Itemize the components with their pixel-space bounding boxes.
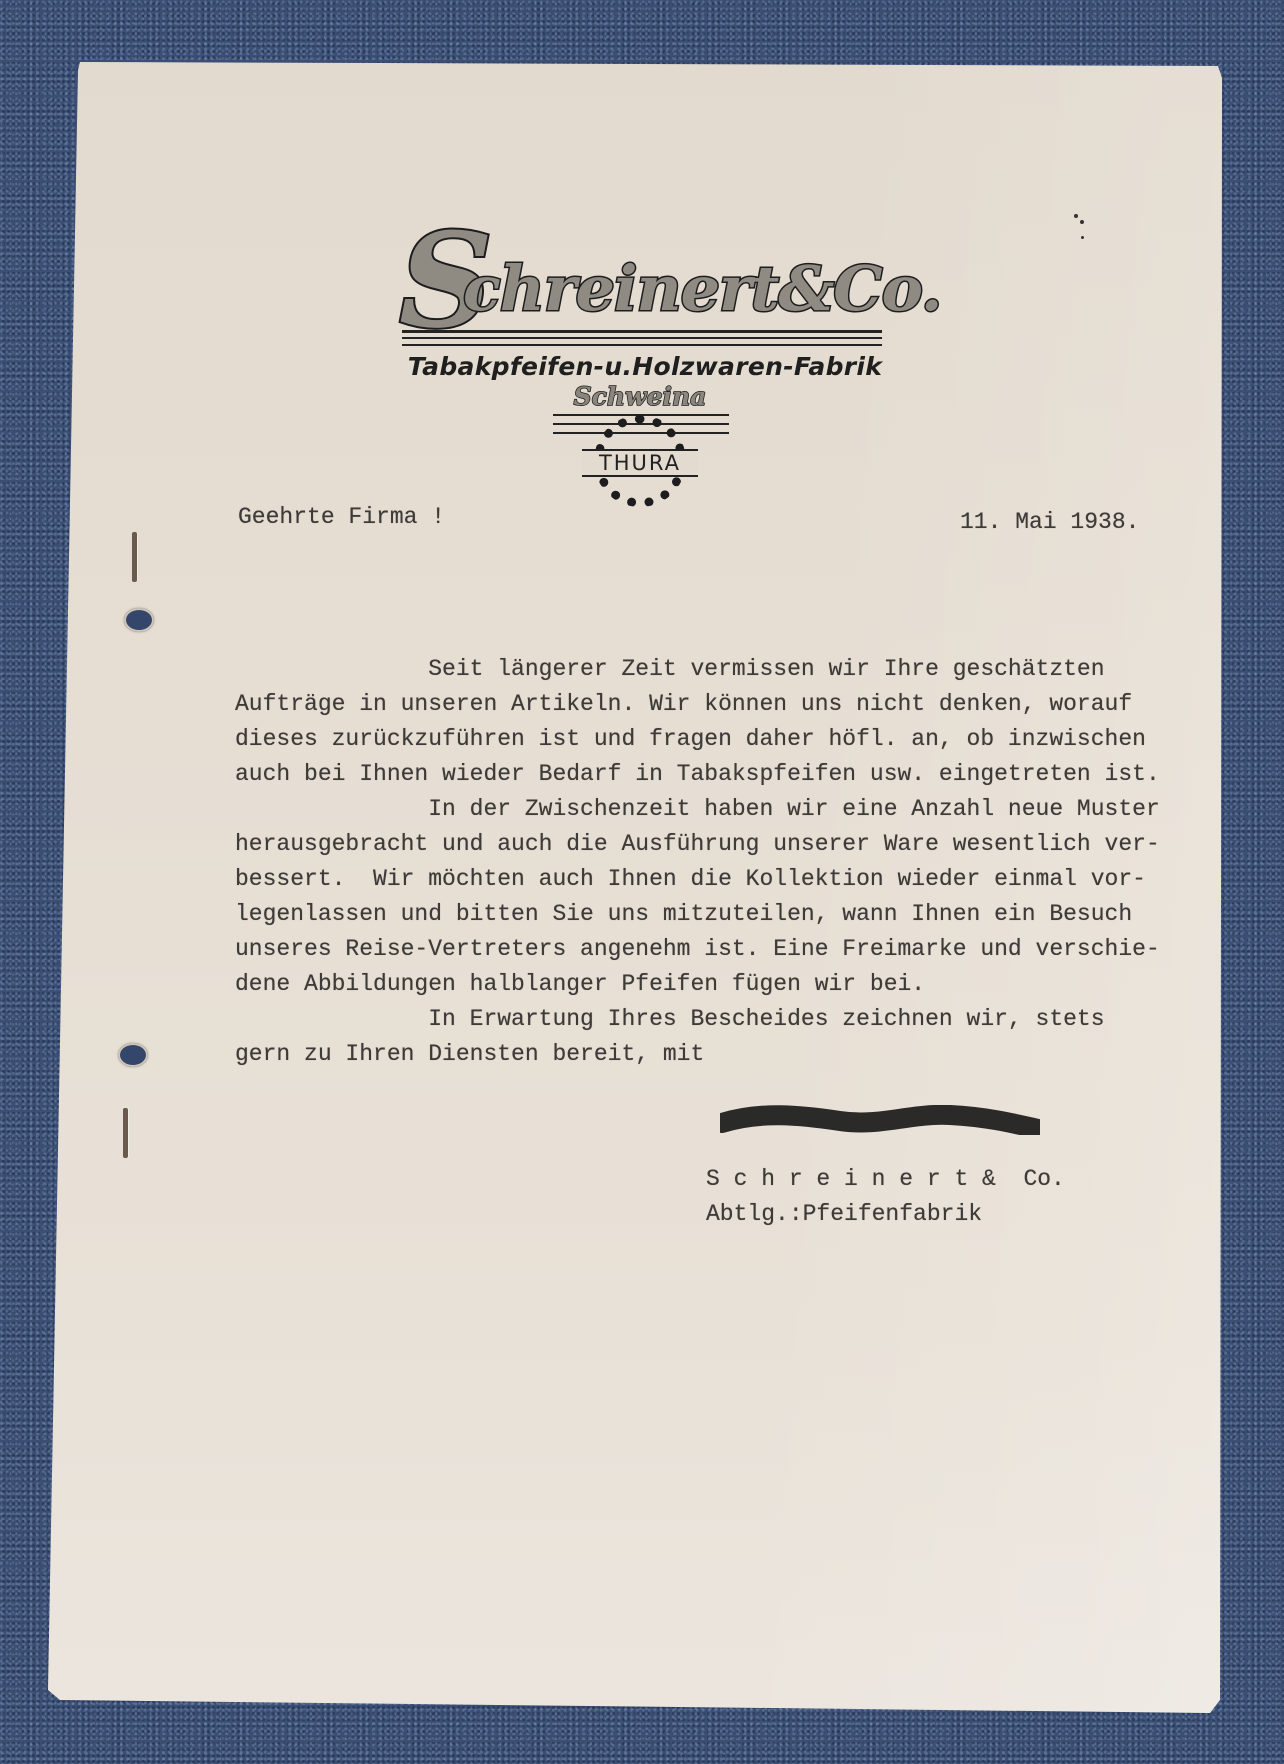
brand-mark-label: THURA — [582, 449, 698, 477]
body-line: In der Zwischenzeit haben wir eine Anzah… — [235, 792, 1160, 827]
body-line: dieses zurückzuführen ist und fragen dah… — [235, 722, 1160, 757]
body-line: Seit längerer Zeit vermissen wir Ihre ge… — [235, 652, 1160, 687]
ink-speck — [1081, 236, 1084, 239]
punch-hole-bottom — [118, 1043, 148, 1067]
body-line: In Erwartung Ihres Bescheides zeichnen w… — [235, 1002, 1160, 1037]
letterhead-subtitle: Tabakpfeifen-u.Holzwaren-Fabrik — [345, 352, 945, 381]
thura-brand-mark: THURA — [580, 415, 700, 515]
body-line: gern zu Ihren Diensten bereit, mit — [235, 1037, 1160, 1072]
body-line: herausgebracht und auch die Ausführung u… — [235, 827, 1160, 862]
body-line: dene Abbildungen halblanger Pfeifen füge… — [235, 967, 1160, 1002]
punch-hole-top — [124, 608, 154, 632]
staple-mark-top — [132, 532, 137, 582]
company-logo: S chreinert&Co. — [395, 212, 885, 342]
ink-speck — [1074, 214, 1078, 218]
logo-rule — [402, 337, 882, 339]
redacted-signature — [720, 1105, 1040, 1135]
signature-company: S c h r e i n e r t & Co. — [706, 1162, 1065, 1197]
body-line: Aufträge in unseren Artikeln. Wir können… — [235, 687, 1160, 722]
letter-body: Seit längerer Zeit vermissen wir Ihre ge… — [235, 652, 1160, 1072]
ink-speck — [1080, 220, 1084, 224]
salutation: Geehrte Firma ! — [238, 500, 445, 535]
logo-rule — [402, 344, 882, 346]
staple-mark-bottom — [123, 1108, 128, 1158]
signature-department: Abtlg.:Pfeifenfabrik — [706, 1197, 982, 1232]
body-line: unseres Reise-Vertreters angenehm ist. E… — [235, 932, 1160, 967]
letterhead-town: Schweina — [545, 382, 735, 411]
body-line: legenlassen und bitten Sie uns mitzuteil… — [235, 897, 1160, 932]
logo-rule — [402, 330, 882, 333]
body-line: auch bei Ihnen wieder Bedarf in Tabakspf… — [235, 757, 1160, 792]
body-line: bessert. Wir möchten auch Ihnen die Koll… — [235, 862, 1160, 897]
letter-date: 11. Mai 1938. — [960, 505, 1139, 540]
logo-company-name: chreinert&Co. — [463, 252, 942, 325]
